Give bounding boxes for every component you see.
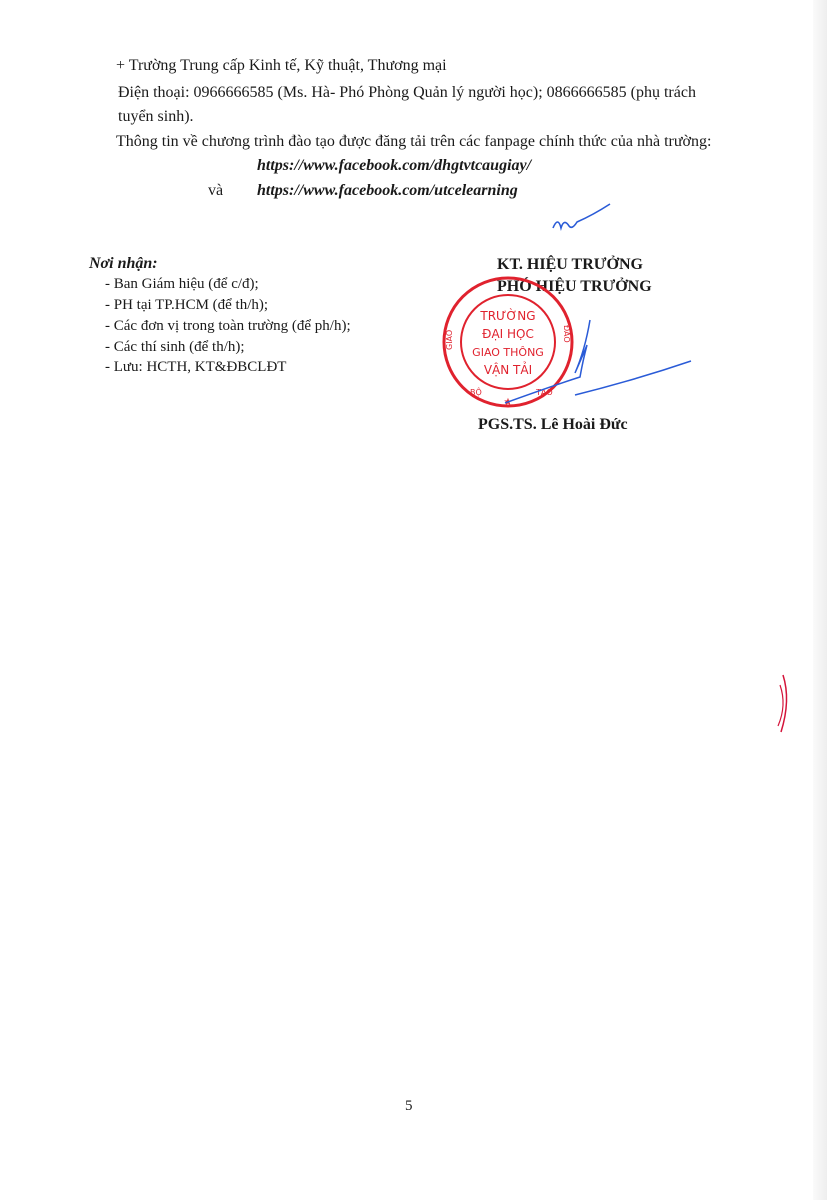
phone-line: Điện thoại: 0966666585 (Ms. Hà- Phó Phòn… [118,83,696,103]
info-line: Thông tin về chương trình đào tạo được đ… [116,132,711,152]
recipient-item: - PH tại TP.HCM (để th/h); [105,295,268,315]
page-number: 5 [405,1098,413,1115]
svg-text:GIÁO: GIÁO [443,330,454,350]
initials-mark-icon [548,200,618,235]
facebook-link-2[interactable]: https://www.facebook.com/utcelearning [257,181,518,201]
recipient-item: - Ban Giám hiệu (để c/đ); [105,274,259,294]
conjunction: và [208,181,223,201]
recipients-title: Nơi nhận: [89,254,158,274]
svg-text:BỘ: BỘ [470,386,482,397]
handwritten-signature-icon [495,315,695,415]
page-edge-shadow [813,0,827,1200]
red-pen-mark-icon [775,670,795,740]
facebook-link-1[interactable]: https://www.facebook.com/dhgtvtcaugiay/ [257,156,531,176]
recipient-item: - Các thí sinh (để th/h); [105,337,245,357]
recipient-item: - Lưu: HCTH, KT&ĐBCLĐT [105,357,286,377]
signatory-name: PGS.TS. Lê Hoài Đức [478,416,628,434]
phone-line-cont: tuyển sinh). [118,107,194,127]
school-line: + Trường Trung cấp Kinh tế, Kỹ thuật, Th… [116,56,447,76]
recipient-item: - Các đơn vị trong toàn trường (để ph/h)… [105,316,351,336]
